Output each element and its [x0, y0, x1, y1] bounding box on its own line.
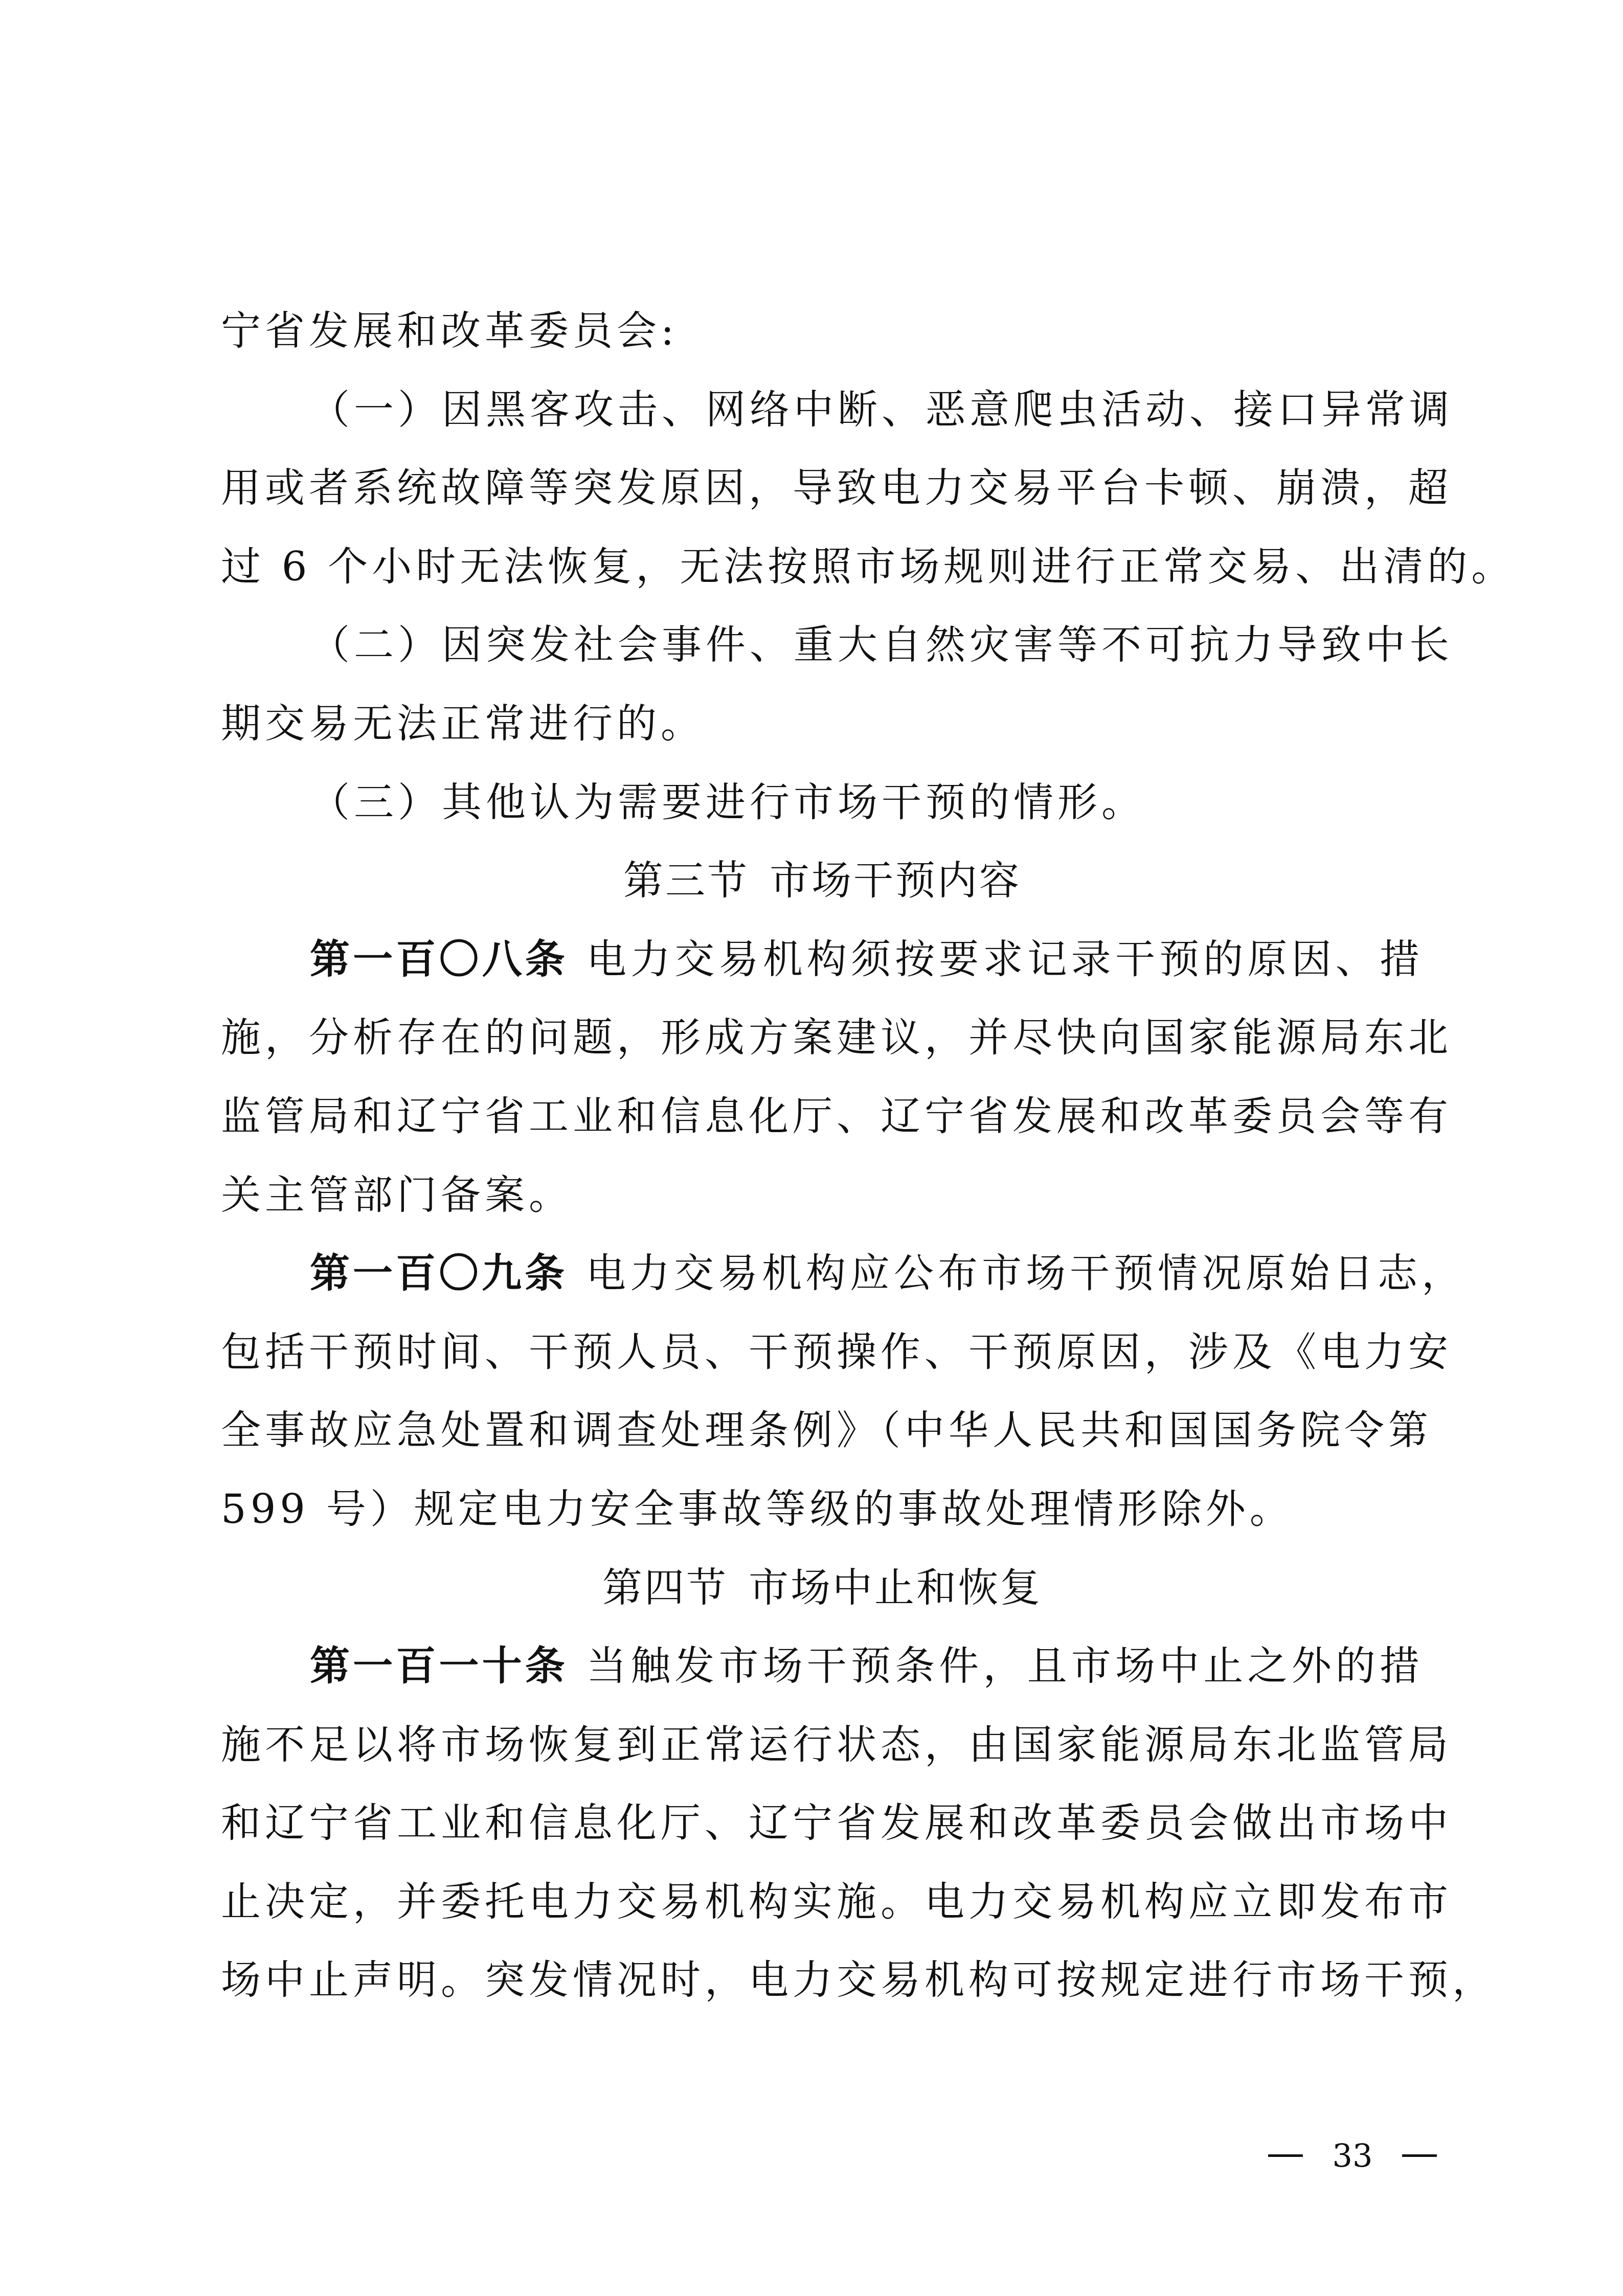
page-number-right-dash	[1402, 2154, 1437, 2157]
article-number: 第一百〇八条	[310, 937, 568, 983]
body-text-line: 关主管部门备案。	[221, 1157, 1424, 1235]
page-number-footer: 33	[1268, 2132, 1437, 2178]
body-text-line: 施不足以将市场恢复到正常运行状态，由国家能源局东北监管局	[221, 1706, 1424, 1785]
body-text-line: 和辽宁省工业和信息化厅、辽宁省发展和改革委员会做出市场中	[221, 1785, 1424, 1863]
section-number: 第三节	[623, 858, 749, 904]
body-text-line: 全事故应急处置和调查处理条例》（中华人民共和国国务院令第	[221, 1392, 1424, 1471]
body-text-line: 包括干预时间、干预人员、干预操作、干预原因，涉及《电力安	[221, 1314, 1424, 1392]
article-first-line: 第一百〇八条电力交易机构须按要求记录干预的原因、措	[221, 921, 1424, 1000]
section-number: 第四节	[602, 1565, 728, 1611]
body-text-line: 施，分析存在的问题，形成方案建议，并尽快向国家能源局东北	[221, 999, 1424, 1078]
body-text-line: 监管局和辽宁省工业和信息化厅、辽宁省发展和改革委员会等有	[221, 1078, 1424, 1157]
body-text-line: （三）其他认为需要进行市场干预的情形。	[221, 764, 1424, 843]
body-text-line: 599 号）规定电力安全事故等级的事故处理情形除外。	[221, 1471, 1424, 1549]
body-text-line: （二）因突发社会事件、重大自然灾害等不可抗力导致中长	[221, 606, 1424, 685]
section-heading: 第四节市场中止和恢复	[221, 1549, 1424, 1628]
article-number: 第一百〇九条	[310, 1251, 568, 1297]
document-page: 宁省发展和改革委员会:（一）因黑客攻击、网络中断、恶意爬虫活动、接口异常调用或者…	[0, 0, 1623, 2296]
article-first-line: 第一百一十条当触发市场干预条件，且市场中止之外的措	[221, 1628, 1424, 1706]
page-number: 33	[1333, 2137, 1373, 2174]
body-text-line: （一）因黑客攻击、网络中断、恶意爬虫活动、接口异常调	[221, 371, 1424, 450]
section-title: 市场干预内容	[770, 858, 1021, 904]
section-heading: 第三节市场干预内容	[221, 842, 1424, 921]
article-text: 电力交易机构应公布市场干预情况原始日志，	[586, 1251, 1466, 1297]
document-body: 宁省发展和改革委员会:（一）因黑客攻击、网络中断、恶意爬虫活动、接口异常调用或者…	[221, 292, 1424, 2020]
body-text-line: 场中止声明。突发情况时，电力交易机构可按规定进行市场干预，	[221, 1942, 1424, 2020]
section-title: 市场中止和恢复	[749, 1565, 1042, 1611]
article-number: 第一百一十条	[310, 1644, 568, 1690]
body-text-line: 止决定，并委托电力交易机构实施。电力交易机构应立即发布市	[221, 1863, 1424, 1942]
article-first-line: 第一百〇九条电力交易机构应公布市场干预情况原始日志，	[221, 1235, 1424, 1314]
body-text-line: 过 6 个小时无法恢复，无法按照市场规则进行正常交易、出清的。	[221, 528, 1424, 607]
body-text-line: 期交易无法正常进行的。	[221, 685, 1424, 764]
article-text: 电力交易机构须按要求记录干预的原因、措	[587, 937, 1424, 983]
page-number-left-dash	[1268, 2154, 1303, 2157]
article-text: 当触发市场干预条件，且市场中止之外的措	[587, 1644, 1424, 1690]
body-text-line: 宁省发展和改革委员会:	[221, 292, 1424, 371]
body-text-line: 用或者系统故障等突发原因，导致电力交易平台卡顿、崩溃，超	[221, 449, 1424, 528]
